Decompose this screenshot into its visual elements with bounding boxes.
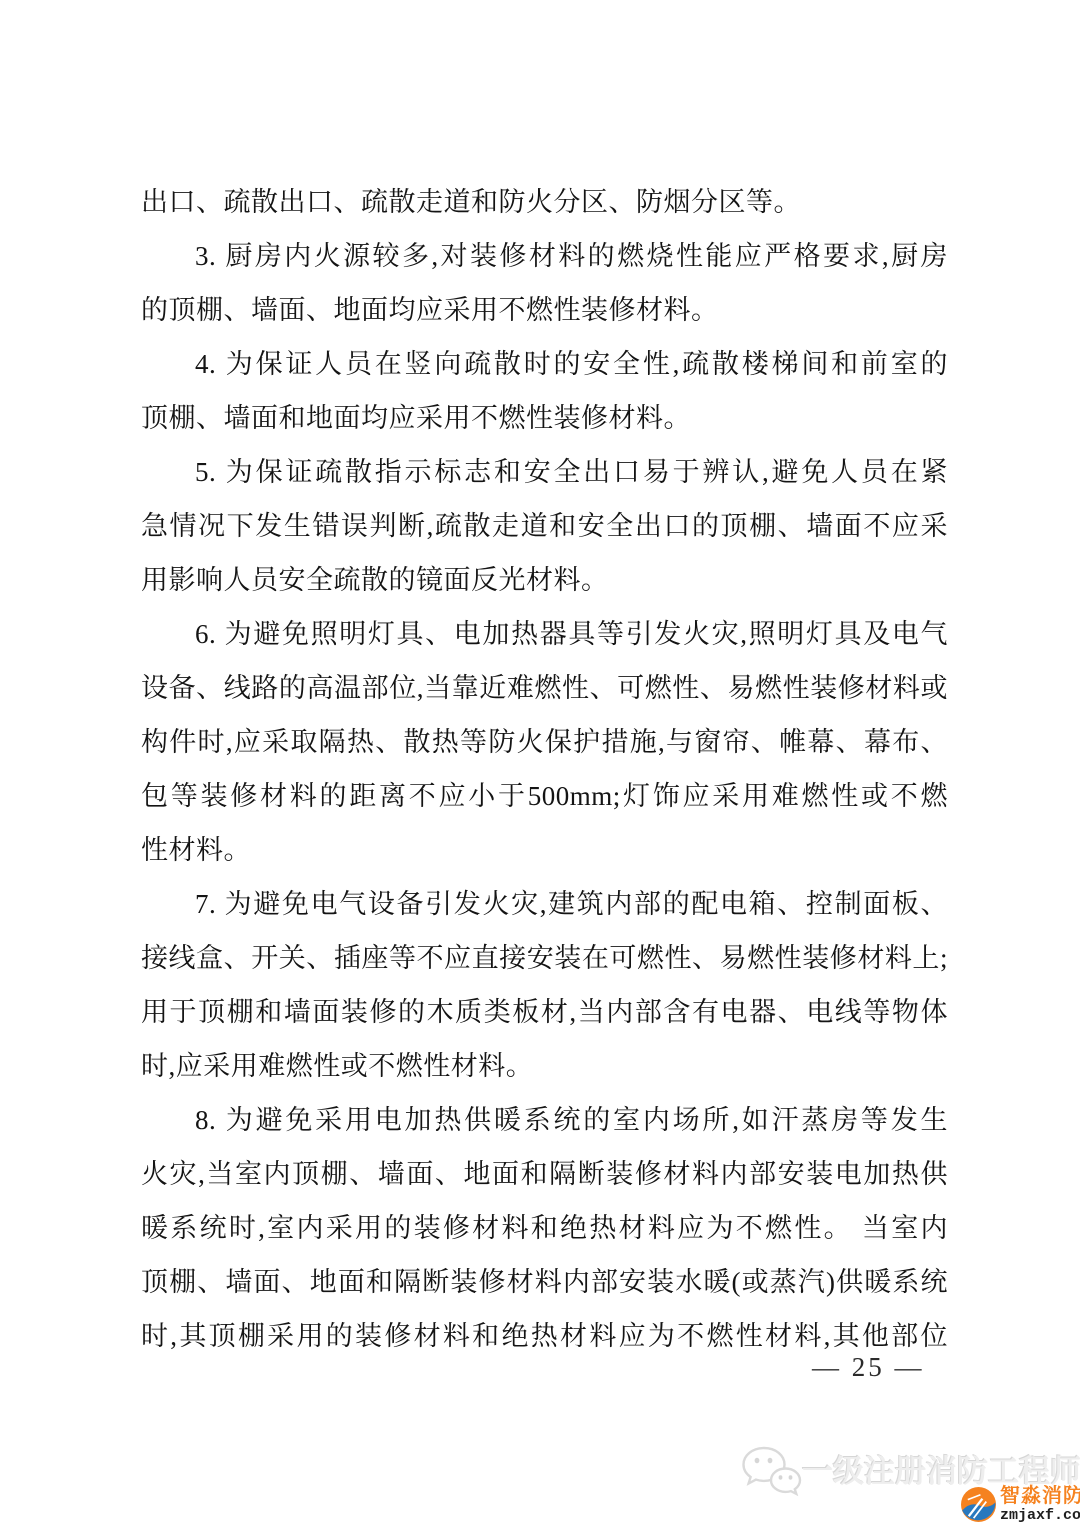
text-line: 包等装修材料的距离不应小于500mm;灯饰应采用难燃性或不燃 bbox=[141, 769, 948, 823]
text-line: 3. 厨房内火源较多,对装修材料的燃烧性能应严格要求,厨房 bbox=[141, 229, 948, 283]
text-line: 构件时,应采取隔热、散热等防火保护措施,与窗帘、帷幕、幕布、软 bbox=[141, 715, 948, 769]
text-line: 用于顶棚和墙面装修的木质类板材,当内部含有电器、电线等物体 bbox=[141, 985, 948, 1039]
footer-watermark: 一级注册消防工程师 智淼消防 zmjaxf.com bbox=[0, 1438, 1080, 1527]
text-line: 用影响人员安全疏散的镜面反光材料。 bbox=[141, 553, 948, 607]
text-line: 出口、疏散出口、疏散走道和防火分区、防烟分区等。 bbox=[141, 175, 948, 229]
text-line: 急情况下发生错误判断,疏散走道和安全出口的顶棚、墙面不应采 bbox=[141, 499, 948, 553]
document-page: 出口、疏散出口、疏散走道和防火分区、防烟分区等。3. 厨房内火源较多,对装修材料… bbox=[0, 0, 1080, 1527]
text-line: 接线盒、开关、插座等不应直接安装在可燃性、易燃性装修材料上; bbox=[141, 931, 948, 985]
text-line: 性材料。 bbox=[141, 823, 948, 877]
text-line: 5. 为保证疏散指示标志和安全出口易于辨认,避免人员在紧 bbox=[141, 445, 948, 499]
text-line: 7. 为避免电气设备引发火灾,建筑内部的配电箱、控制面板、 bbox=[141, 877, 948, 931]
text-line: 暖系统时,室内采用的装修材料和绝热材料应为不燃性。 当室内 bbox=[141, 1201, 948, 1255]
text-line: 6. 为避免照明灯具、电加热器具等引发火灾,照明灯具及电气 bbox=[141, 607, 948, 661]
text-line: 火灾,当室内顶棚、墙面、地面和隔断装修材料内部安装电加热供 bbox=[141, 1147, 948, 1201]
text-line: 时,应采用难燃性或不燃性材料。 bbox=[141, 1039, 948, 1093]
text-line: 顶棚、墙面和地面均应采用不燃性装修材料。 bbox=[141, 391, 948, 445]
text-line: 4. 为保证人员在竖向疏散时的安全性,疏散楼梯间和前室的 bbox=[141, 337, 948, 391]
brand-name: 智淼消防 bbox=[1000, 1486, 1080, 1506]
body-text: 出口、疏散出口、疏散走道和防火分区、防烟分区等。3. 厨房内火源较多,对装修材料… bbox=[141, 175, 948, 1363]
zhimiao-logo-icon bbox=[961, 1487, 996, 1522]
wechat-icon bbox=[740, 1444, 802, 1507]
text-line: 8. 为避免采用电加热供暖系统的室内场所,如汗蒸房等发生 bbox=[141, 1093, 948, 1147]
page-number: — 25 — bbox=[812, 1340, 925, 1394]
brand-block: 智淼消防 zmjaxf.com bbox=[961, 1486, 1080, 1523]
brand-site-url: zmjaxf.com bbox=[1000, 1508, 1080, 1523]
text-line: 顶棚、墙面、地面和隔断装修材料内部安装水暖(或蒸汽)供暖系统 bbox=[141, 1255, 948, 1309]
text-line: 设备、线路的高温部位,当靠近难燃性、可燃性、易燃性装修材料或 bbox=[141, 661, 948, 715]
text-line: 的顶棚、墙面、地面均应采用不燃性装修材料。 bbox=[141, 283, 948, 337]
